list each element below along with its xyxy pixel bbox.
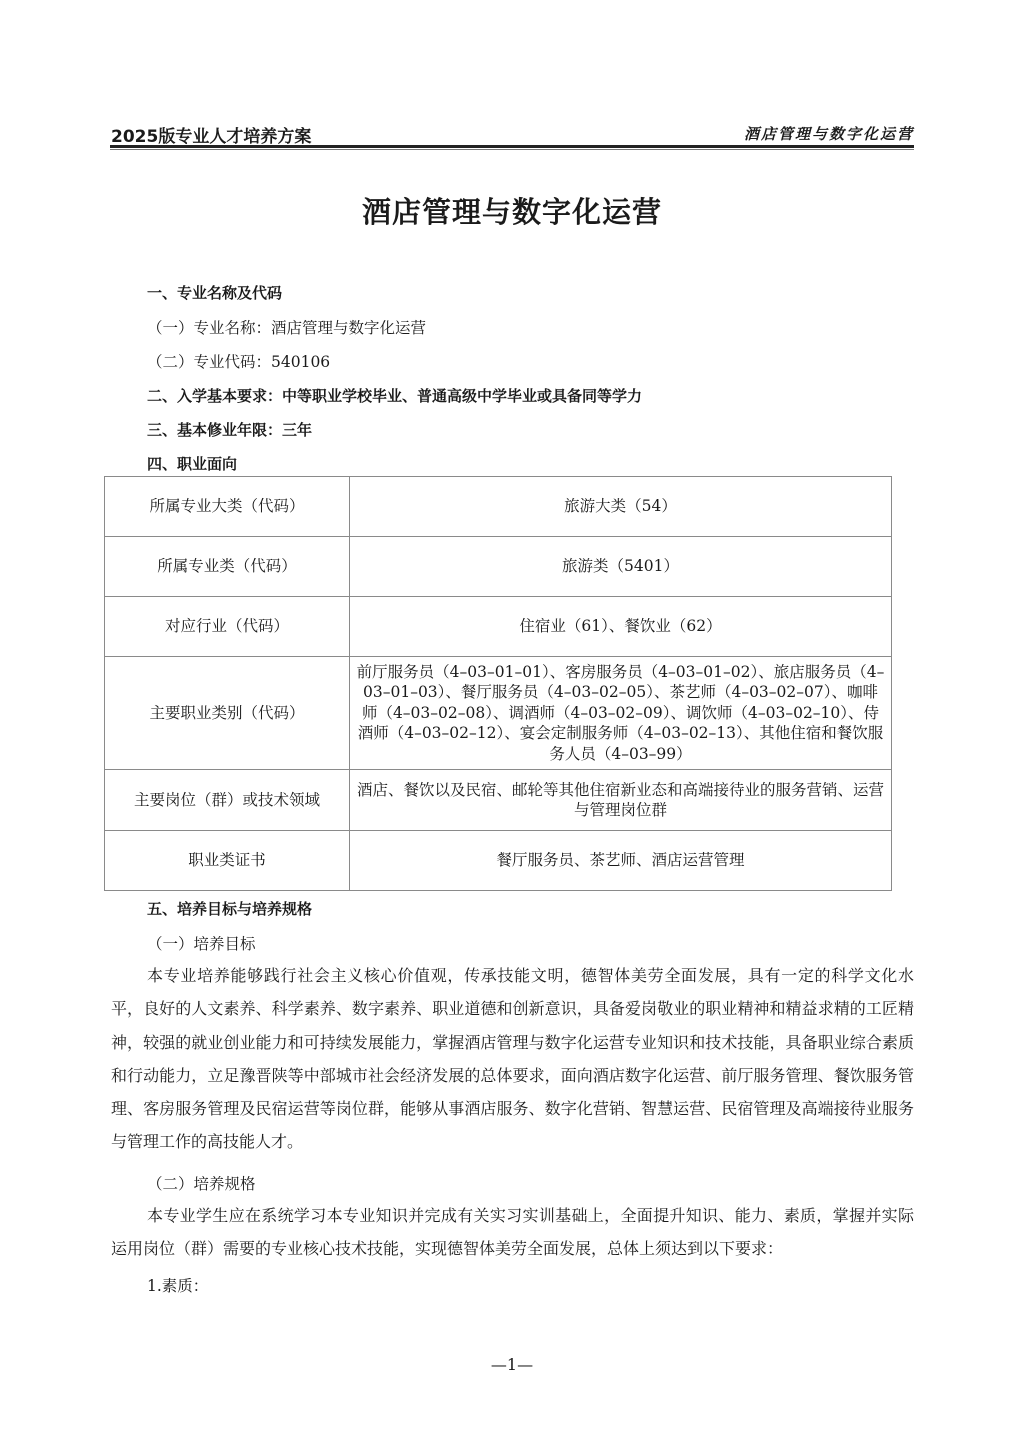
table-cell-key: 主要职业类别（代码） (105, 657, 350, 770)
section-2-heading: 二、入学基本要求：中等职业学校毕业、普通高级中学毕业或具备同等学力 (147, 385, 642, 406)
table-cell-key: 所属专业大类（代码） (105, 477, 350, 537)
section-1-item-name: （一）专业名称：酒店管理与数字化运营 (147, 316, 426, 338)
page-number: —1— (0, 1355, 1024, 1374)
table-cell-key: 对应行业（代码） (105, 597, 350, 657)
table-row: 职业类证书 餐厅服务员、茶艺师、酒店运营管理 (105, 831, 892, 891)
document-title: 酒店管理与数字化运营 (0, 190, 1024, 231)
table-cell-value: 住宿业（61）、餐饮业（62） (350, 597, 892, 657)
table-cell-value: 酒店、餐饮以及民宿、邮轮等其他住宿新业态和高端接待业的服务营销、运营与管理岗位群 (350, 770, 892, 831)
table-cell-value: 前厅服务员（4–03–01–01）、客房服务员（4–03–01–02）、旅店服务… (350, 657, 892, 770)
table-cell-value: 餐厅服务员、茶艺师、酒店运营管理 (350, 831, 892, 891)
table-row: 所属专业类（代码） 旅游类（5401） (105, 537, 892, 597)
table-row: 主要岗位（群）或技术领域 酒店、餐饮以及民宿、邮轮等其他住宿新业态和高端接待业的… (105, 770, 892, 831)
paragraph-text: 本专业学生应在系统学习本专业知识并完成有关实习实训基础上，全面提升知识、能力、素… (111, 1199, 914, 1266)
table-row: 主要职业类别（代码） 前厅服务员（4–03–01–01）、客房服务员（4–03–… (105, 657, 892, 770)
section-4-heading: 四、职业面向 (147, 453, 237, 474)
running-header-left: 2025版专业人才培养方案 (111, 122, 311, 147)
header-rule-thick (110, 145, 914, 148)
table-row: 所属专业大类（代码） 旅游大类（54） (105, 477, 892, 537)
section-5-sub-spec: （二）培养规格 (147, 1172, 256, 1194)
table-cell-value: 旅游大类（54） (350, 477, 892, 537)
table-cell-key: 所属专业类（代码） (105, 537, 350, 597)
training-goal-paragraph: 本专业培养能够践行社会主义核心价值观，传承技能文明，德智体美劳全面发展，具有一定… (111, 959, 914, 1159)
running-header-right: 酒店管理与数字化运营 (744, 123, 914, 144)
section-5-heading: 五、培养目标与培养规格 (147, 898, 312, 919)
section-1-item-code: （二）专业代码：540106 (147, 350, 330, 372)
header-rule-thin (110, 149, 914, 150)
table-cell-key: 职业类证书 (105, 831, 350, 891)
section-5-sub-goal: （一）培养目标 (147, 932, 256, 954)
table-cell-key: 主要岗位（群）或技术领域 (105, 770, 350, 831)
document-page: 2025版专业人才培养方案 酒店管理与数字化运营 酒店管理与数字化运营 一、专业… (0, 0, 1024, 1448)
table-cell-value: 旅游类（5401） (350, 537, 892, 597)
quality-item-heading: 1.素质： (147, 1274, 208, 1296)
section-1-heading: 一、专业名称及代码 (147, 282, 282, 303)
table-row: 对应行业（代码） 住宿业（61）、餐饮业（62） (105, 597, 892, 657)
career-orientation-table: 所属专业大类（代码） 旅游大类（54） 所属专业类（代码） 旅游类（5401） … (104, 476, 892, 891)
running-header: 2025版专业人才培养方案 酒店管理与数字化运营 (111, 122, 914, 144)
section-3-heading: 三、基本修业年限：三年 (147, 419, 312, 440)
paragraph-text: 本专业培养能够践行社会主义核心价值观，传承技能文明，德智体美劳全面发展，具有一定… (111, 959, 914, 1159)
training-spec-paragraph: 本专业学生应在系统学习本专业知识并完成有关实习实训基础上，全面提升知识、能力、素… (111, 1199, 914, 1266)
